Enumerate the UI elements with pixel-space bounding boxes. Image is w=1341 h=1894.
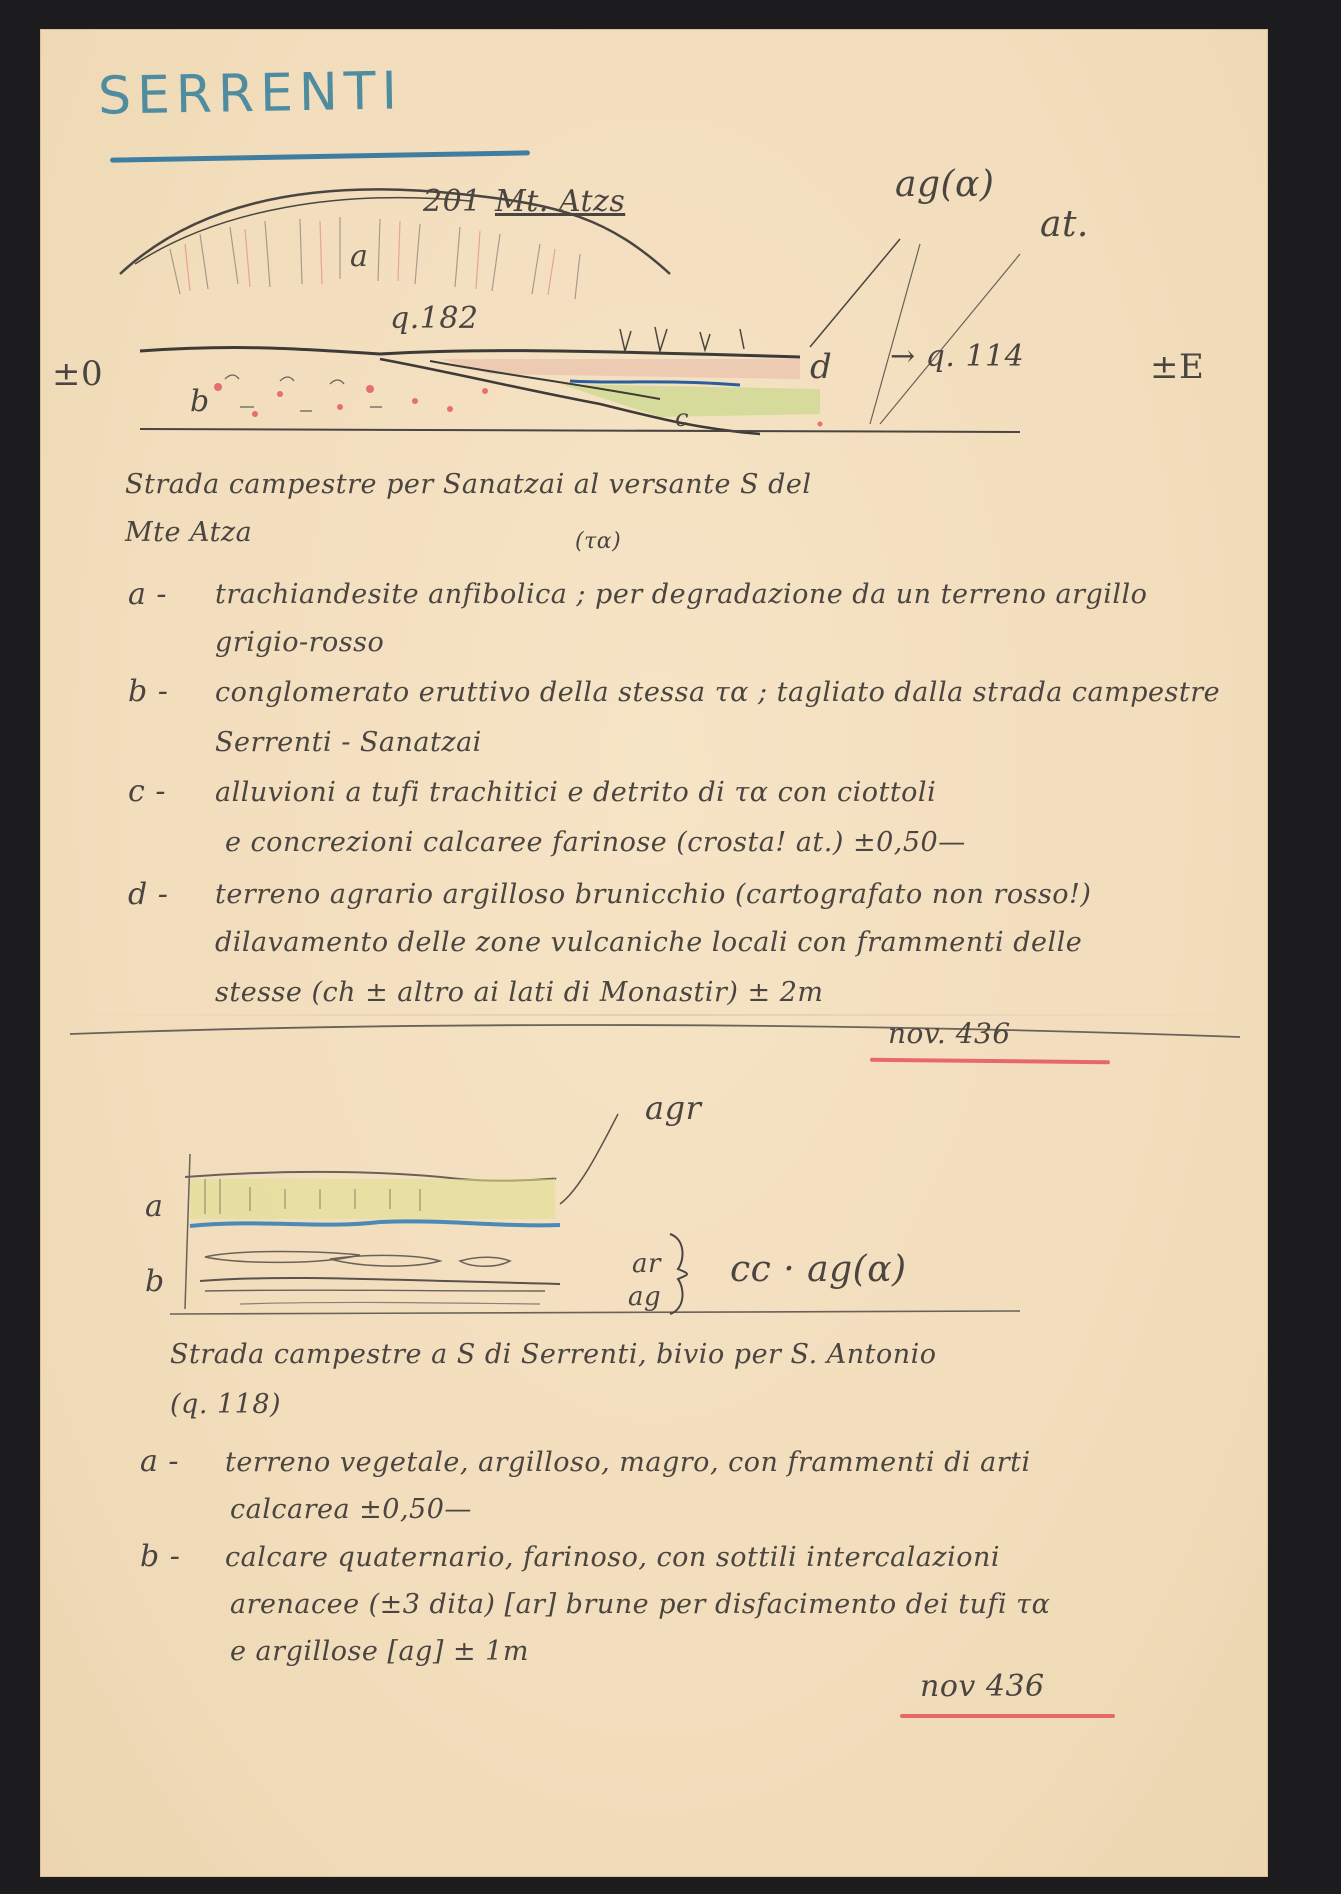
item2-b-line2: arenacee (±3 dita) [ar] brune per disfac… [230,1589,1050,1620]
item-c-line1: alluvioni a tufi trachitici e detrito di… [215,777,936,808]
item2-key-b: b - [140,1539,180,1574]
item-d-line3: stesse (ch ± altro ai lati di Monastir) … [215,977,823,1008]
summit-name: Mt. Atzs [495,184,625,219]
item-key-c: c - [128,774,166,809]
item-b-line2: Serrenti - Sanatzai [215,727,482,758]
marker-left-zero: ±0 [52,354,103,394]
item-a-line1: trachiandesite anfibolica ; per degradaz… [215,579,1147,610]
notebook-page: SERRENTI [40,29,1268,1877]
summit-elevation: 201 [423,184,482,219]
item2-a-line1: terreno vegetale, argilloso, magro, con … [225,1447,1031,1478]
arrow-q114: → q. 114 [890,339,1024,374]
callout-agr: agr [645,1089,701,1127]
item2-b-line3: e argillose [ag] ± 1m [230,1636,529,1667]
callout-ag-alpha: ag(α) [895,164,994,205]
layer-label-b: b [190,384,210,419]
point-elevation: q.182 [390,301,479,336]
page-fold [40,1014,1268,1016]
callout-ag: ag [628,1282,661,1312]
item2-b-line1: calcare quaternario, farinoso, con sotti… [225,1542,1000,1573]
callout-at: at. [1040,204,1089,245]
item2-key-a: a - [140,1444,179,1479]
item2-a-line2: calcarea ±0,50— [230,1494,472,1525]
item-a-line2: grigio-rosso [215,627,384,658]
item-b-line1: conglomerato eruttivo della stessa τα ; … [215,677,1220,708]
item-key-a: a - [128,577,167,612]
layer-label-a: a [350,239,368,274]
reference-underline-1 [870,1058,1110,1065]
callout-ar: ar [632,1249,661,1279]
section1-reference: nov. 436 [888,1017,1011,1050]
section1-caption-note: (τα) [575,529,621,554]
reference-underline-2 [900,1714,1115,1718]
section2-caption-line2: (q. 118) [170,1389,281,1420]
item-c-line2: e concrezioni calcaree farinose (crosta!… [225,827,966,858]
column-label-a: a [145,1189,163,1224]
item-key-b: b - [128,674,168,709]
section1-caption-line2: Mte Atza [125,517,252,548]
layer-label-c: c [675,404,689,432]
item-d-line1: terreno agrario argilloso brunicchio (ca… [215,879,1091,910]
section1-caption-line1: Strada campestre per Sanatzai al versant… [125,469,811,500]
bracket-label: cc · ag(α) [730,1249,907,1290]
layer-label-d: d [810,347,832,387]
section2-reference: nov 436 [920,1669,1045,1704]
marker-right-e: ±E [1150,347,1204,387]
item-d-line2: dilavamento delle zone vulcaniche locali… [215,927,1082,958]
section2-caption-line1: Strada campestre a S di Serrenti, bivio … [170,1339,937,1370]
item-key-d: d - [128,877,168,912]
column-label-b: b [145,1264,165,1299]
